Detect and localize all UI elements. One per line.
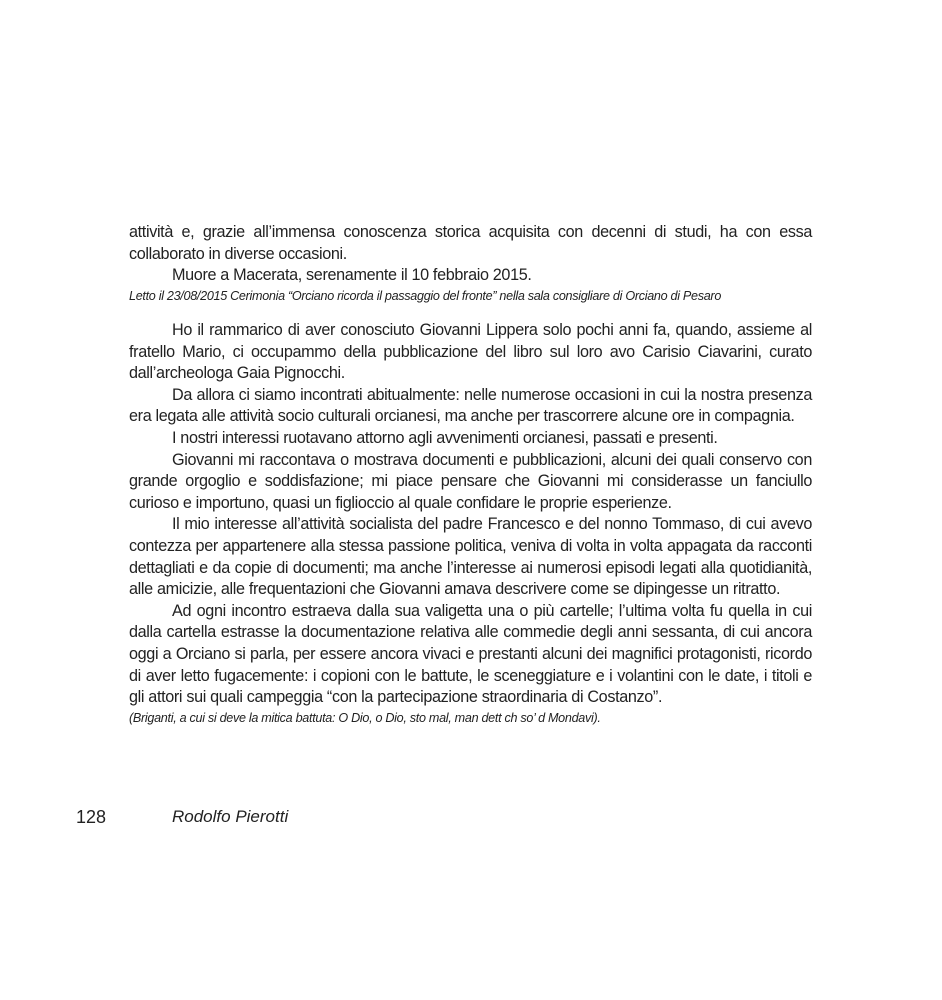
text-block-memoir: Ho il rammarico di aver conosciuto Giova… — [129, 320, 812, 727]
paragraph: I nostri interessi ruotavano attorno agl… — [129, 428, 812, 450]
footnote: (Briganti, a cui si deve la mitica battu… — [129, 709, 812, 727]
running-footer-author: Rodolfo Pierotti — [172, 807, 288, 827]
paragraph: Giovanni mi raccontava o mostrava docume… — [129, 450, 812, 515]
paragraph: Da allora ci siamo incontrati abitualmen… — [129, 385, 812, 428]
reading-note: Letto il 23/08/2015 Cerimonia “Orciano r… — [129, 287, 812, 305]
paragraph: Ho il rammarico di aver conosciuto Giova… — [129, 320, 812, 385]
paragraph: Il mio interesse all’attività socialista… — [129, 514, 812, 600]
page-number: 128 — [76, 807, 106, 828]
paragraph: Ad ogni incontro estraeva dalla sua vali… — [129, 601, 812, 709]
paragraph: Muore a Macerata, serenamente il 10 febb… — [129, 265, 812, 287]
text-block-intro: attività e, grazie all’immensa conoscenz… — [129, 222, 812, 305]
paragraph: attività e, grazie all’immensa conoscenz… — [129, 222, 812, 265]
